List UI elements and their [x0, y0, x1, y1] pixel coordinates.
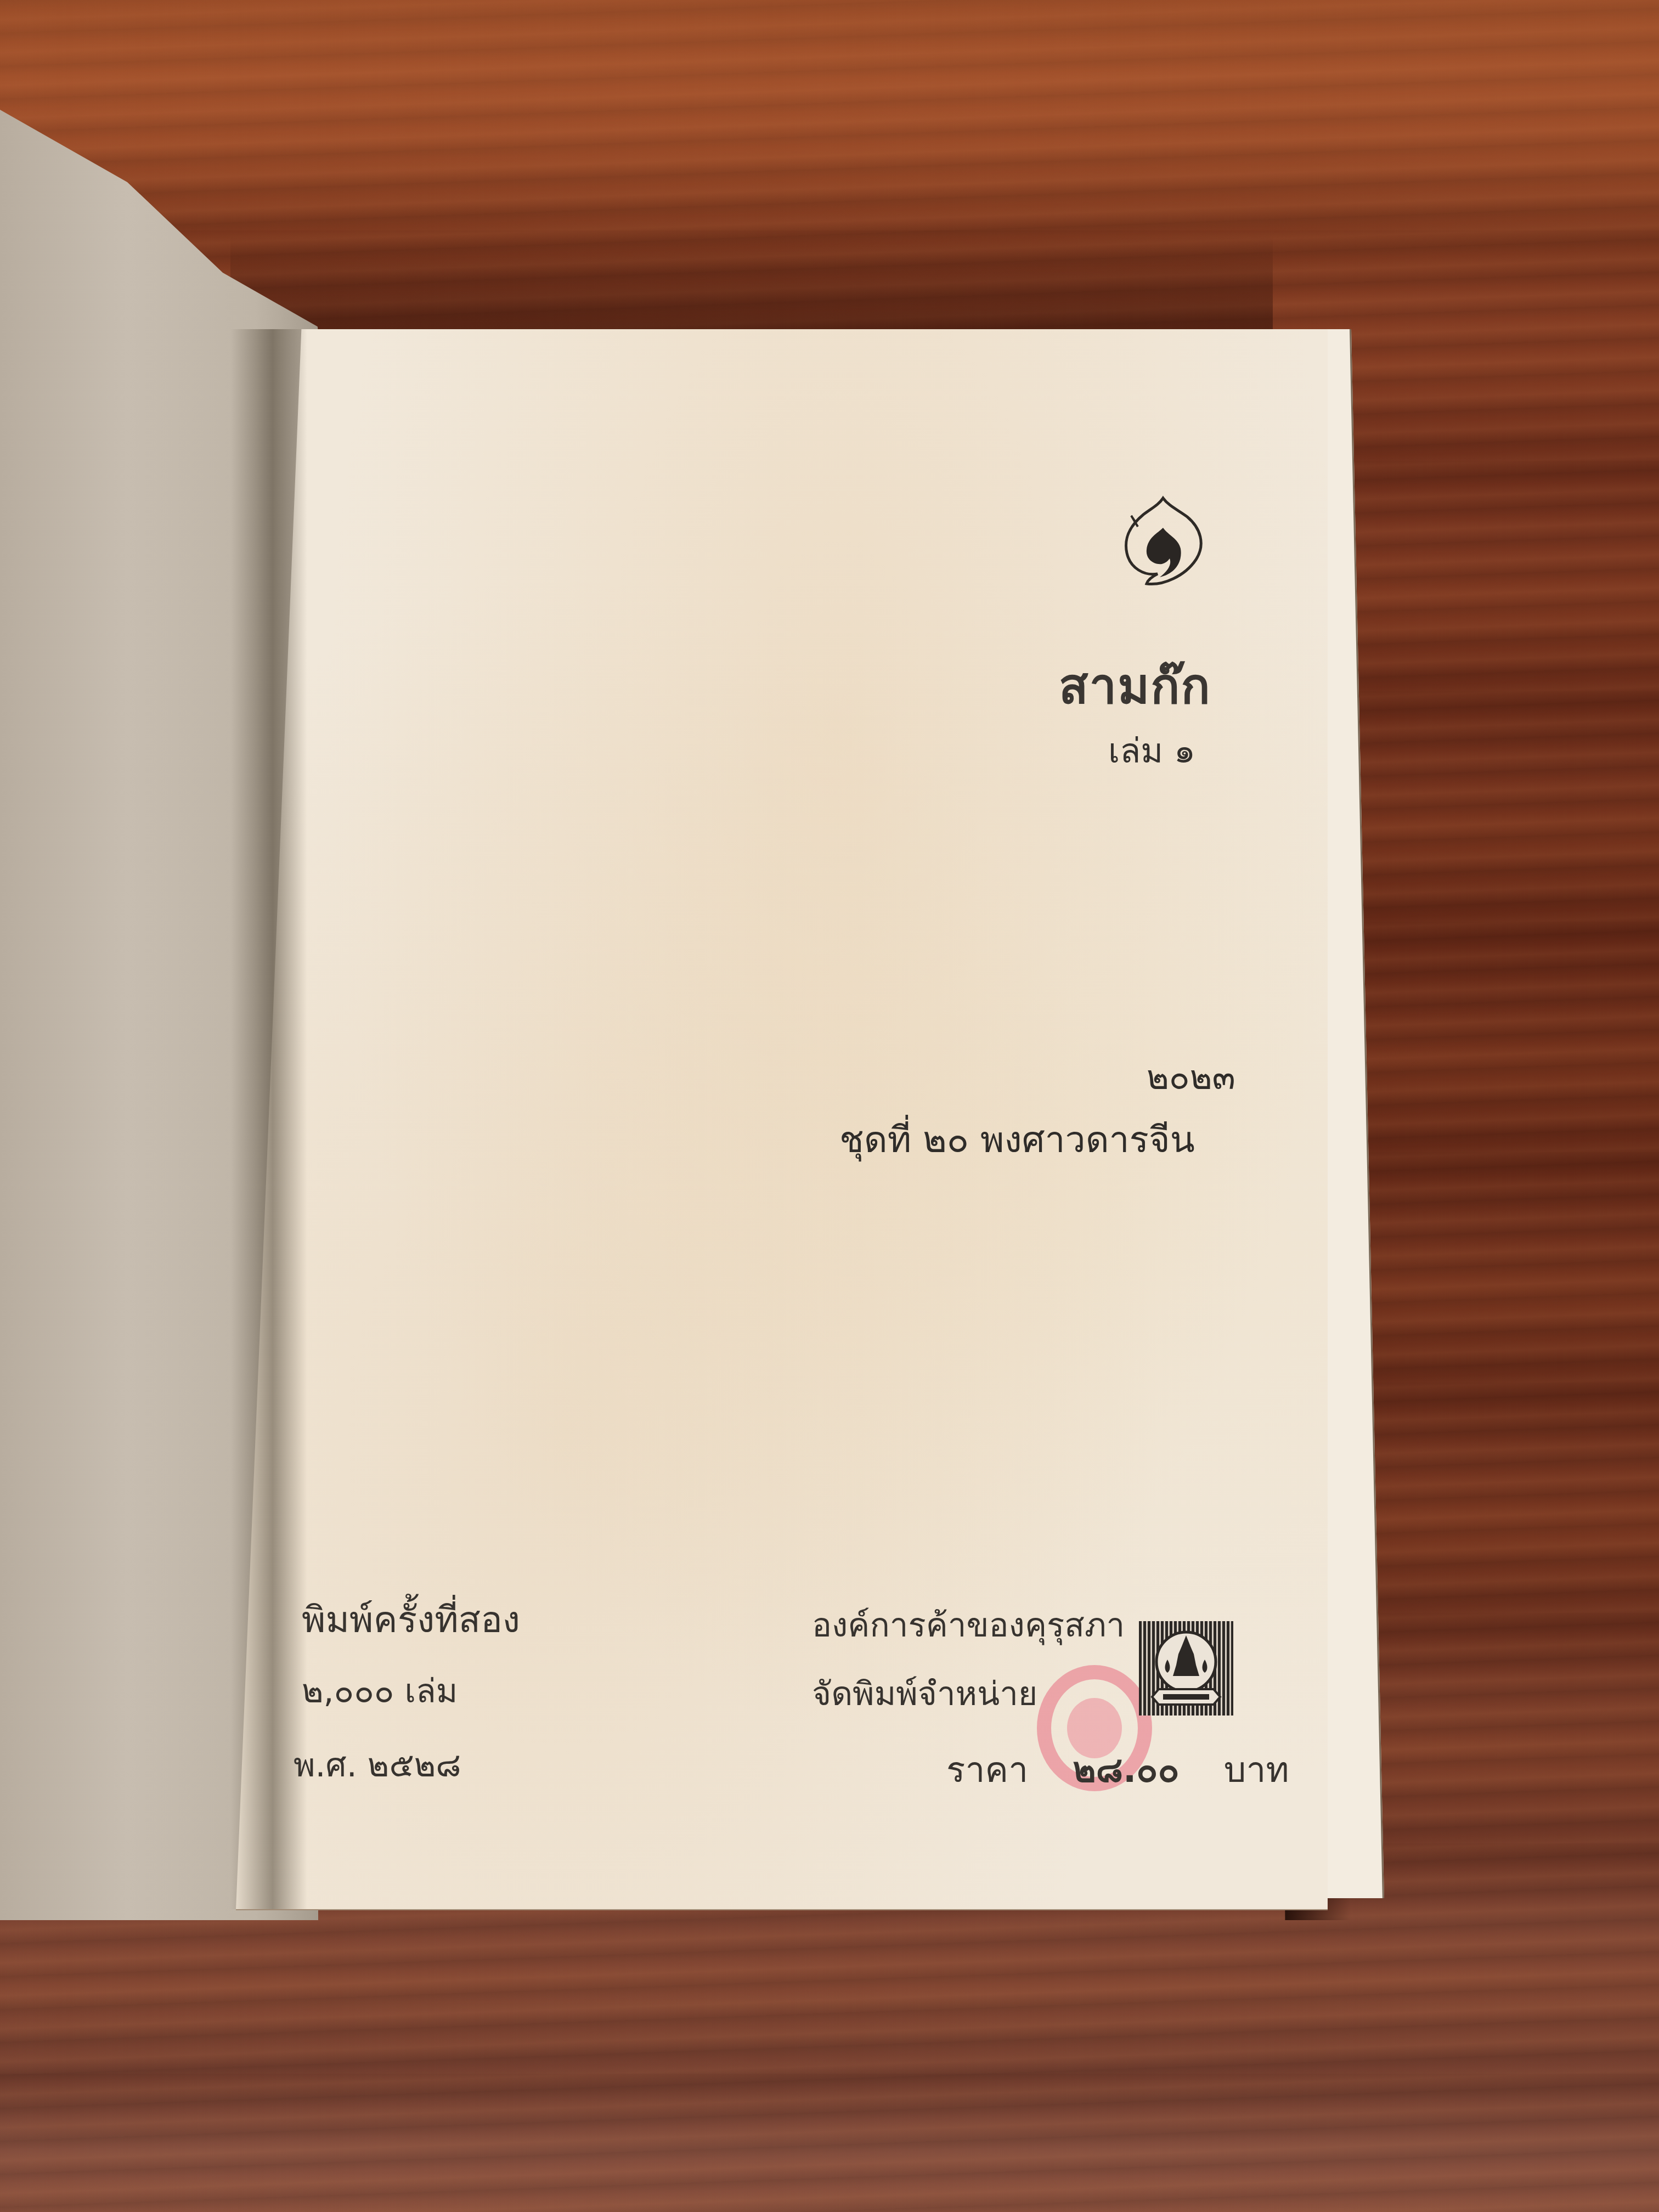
price-line: ราคา ๒๘.๐๐ บาท: [946, 1742, 1289, 1798]
volume-number: เล่ม ๑: [1108, 724, 1195, 778]
book-gutter: [230, 329, 307, 1909]
flame-leaf-emblem-icon: [1119, 494, 1207, 592]
price-value: ๒๘.๐๐: [1073, 1750, 1179, 1791]
catalog-number: ๒๐๒๓: [1147, 1051, 1235, 1104]
publisher-note: จัดพิมพ์จำหน่าย: [812, 1668, 1037, 1720]
kurusapha-logo-icon: [1139, 1621, 1233, 1716]
series-label: ชุดที่ ๒๐ พงศาวดารจีน: [839, 1111, 1195, 1169]
book-title: สามก๊ก: [1059, 647, 1211, 724]
table-light-reflection: [0, 0, 1659, 274]
print-run-copies: ๒,๐๐๐ เล่ม: [302, 1665, 458, 1717]
price-currency: บาท: [1224, 1750, 1289, 1791]
edition-label: พิมพ์ครั้งที่สอง: [302, 1591, 520, 1649]
publisher-name: องค์การค้าของคุรุสภา: [812, 1599, 1125, 1651]
publication-year: พ.ศ. ๒๕๒๘: [294, 1739, 461, 1791]
price-label: ราคา: [946, 1750, 1028, 1791]
page-shadow-top: [230, 236, 1273, 340]
